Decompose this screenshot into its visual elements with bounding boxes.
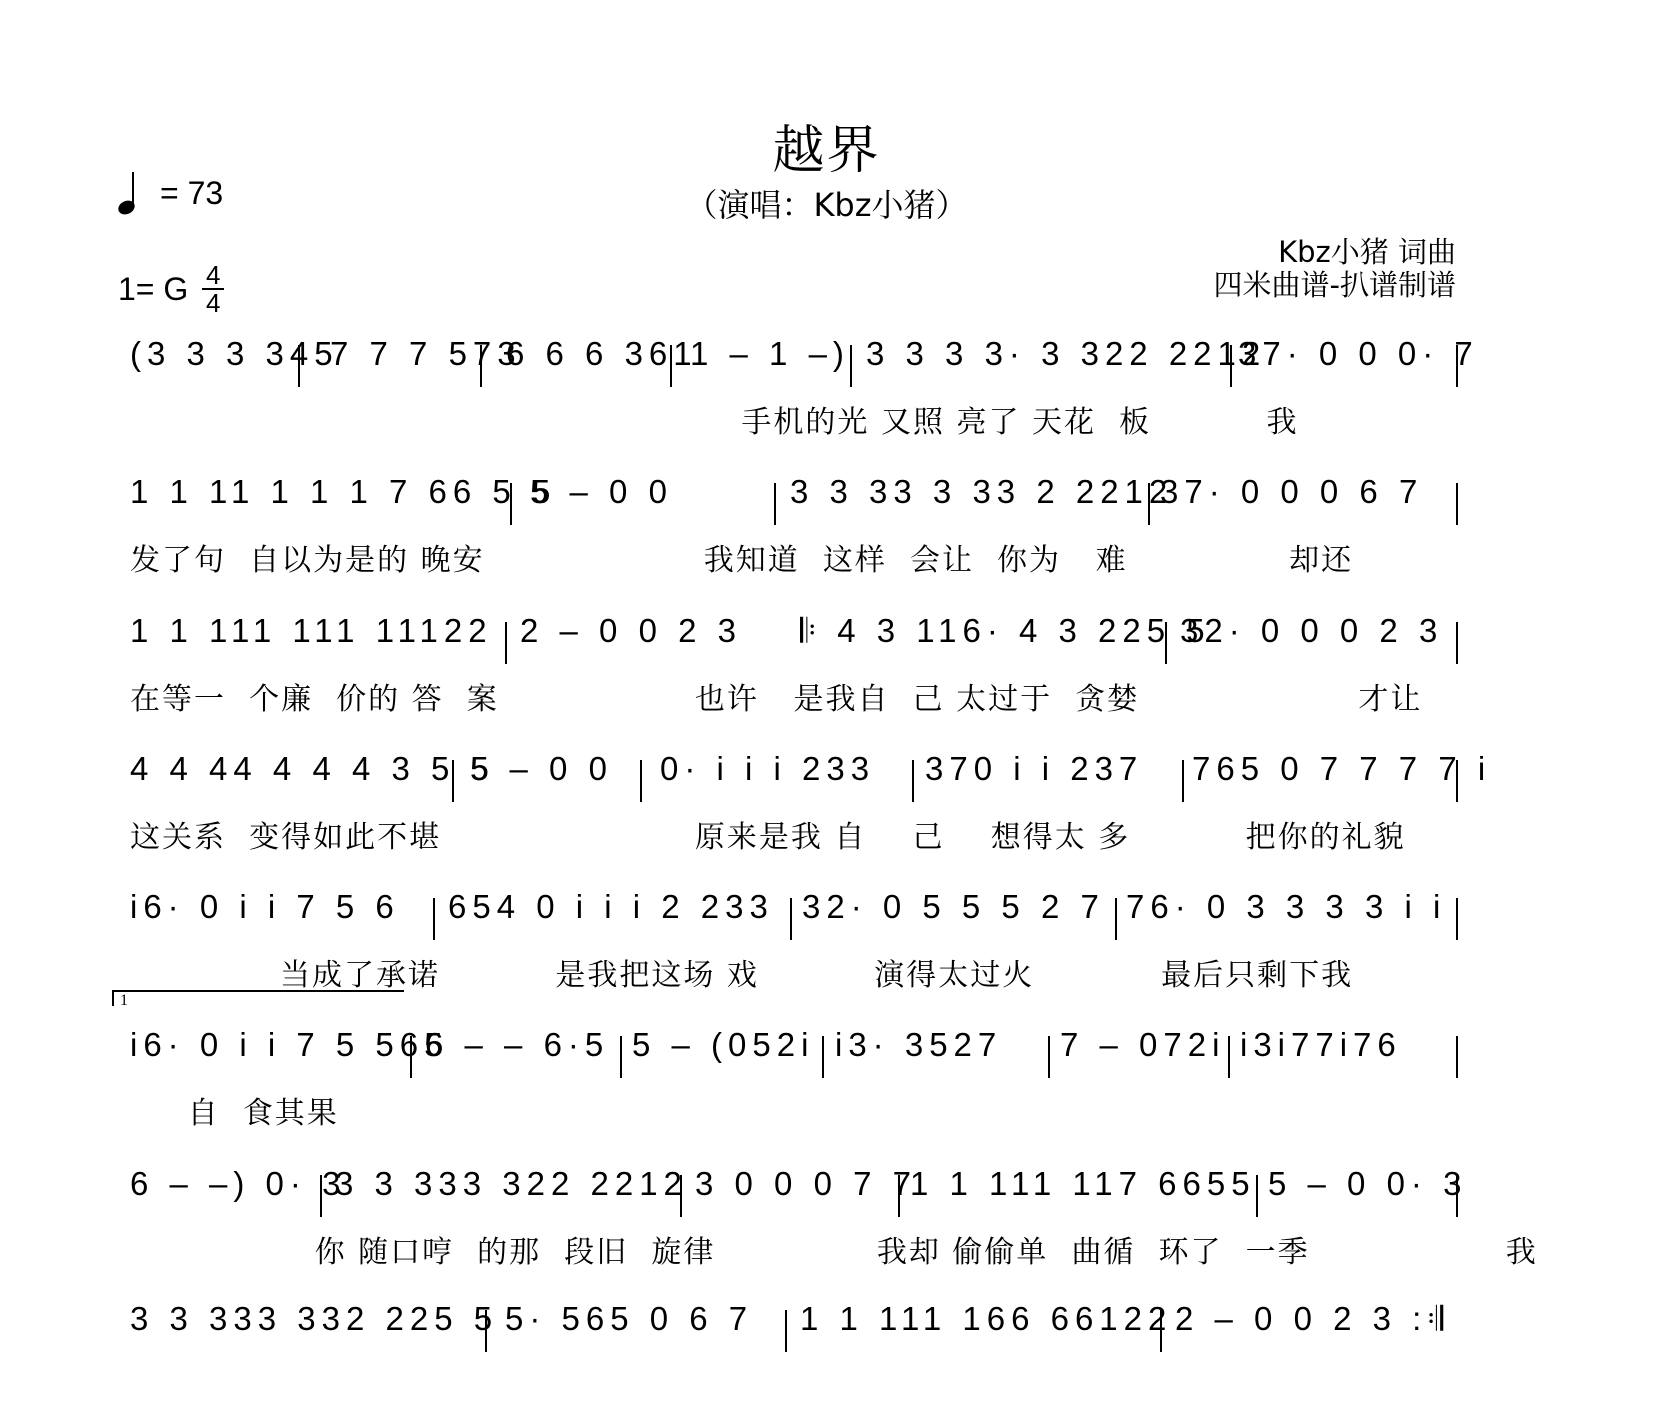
measure-notes: 3 3 333 332 225 5 bbox=[130, 1300, 498, 1338]
barline bbox=[670, 345, 672, 387]
measure-notes: 3 3 333 322 2212 bbox=[335, 1165, 688, 1203]
measure-notes: 76· 0 3 3 3 3 i i bbox=[1126, 888, 1446, 926]
measure-notes: 7 – 072i bbox=[1060, 1026, 1225, 1064]
measure-notes: 37· 0 0 0· 7 bbox=[1238, 335, 1479, 373]
barline bbox=[1456, 622, 1458, 664]
measure-notes: 3 3 33 3 33 2 2212 bbox=[790, 473, 1173, 511]
measure-notes: 2 – 0 0 2 3 bbox=[520, 612, 742, 650]
measure-notes: 5 – 0 0 bbox=[530, 473, 673, 511]
notation-row: (3 3 3 3457 7 7 5736 6 6 3611 – 1 –)3 3 … bbox=[130, 335, 1550, 395]
notation-row: i6· 0 i i 7 5 6654 0 i i i 2 23332· 0 5 … bbox=[130, 888, 1550, 948]
measure-notes: 1 1 111 111 11122 bbox=[130, 612, 493, 650]
measure-notes: 6 6 6 361 bbox=[506, 335, 698, 373]
measure-notes: 2 – 0 0 2 3 :𝄇 bbox=[1175, 1300, 1449, 1339]
measure-notes: 4 4 44 4 4 4 3 5 5 bbox=[130, 750, 495, 788]
lyrics-row: 在等一 个廉 价的 答 案 也许 是我自 己 太过于 贪婪 才让 bbox=[130, 674, 1550, 718]
barline bbox=[898, 1175, 900, 1217]
measure-notes: i6· 0 i i 7 5 565 bbox=[130, 1026, 448, 1064]
barline bbox=[510, 483, 512, 525]
song-subtitle: （演唱：Kbz小猪） bbox=[0, 180, 1653, 226]
measure-notes: 5 – 0 0 bbox=[470, 750, 613, 788]
lyrics-row: 当成了承诺 是我把这场 戏 演得太过火 最后只剩下我 bbox=[130, 950, 1550, 994]
measure-notes: 5 – (052i bbox=[632, 1026, 814, 1064]
barline bbox=[320, 1175, 322, 1217]
tempo-marking: = 73 bbox=[118, 172, 223, 214]
notation-row: 4 4 44 4 4 4 3 5 55 – 0 00· i i i 233370… bbox=[130, 750, 1550, 810]
barline bbox=[790, 898, 792, 940]
barline bbox=[298, 345, 300, 387]
time-sig-bottom: 4 bbox=[206, 290, 220, 316]
barline bbox=[1148, 483, 1150, 525]
barline bbox=[1256, 1175, 1258, 1217]
barline bbox=[1115, 898, 1117, 940]
tempo-value: = 73 bbox=[160, 175, 223, 212]
quarter-note-icon bbox=[118, 172, 142, 214]
lyrics-row: 自 食其果 bbox=[130, 1088, 1550, 1132]
measure-notes: 1 1 111 117 6655 bbox=[910, 1165, 1256, 1203]
barline bbox=[433, 898, 435, 940]
measure-notes: 7 7 7 573 bbox=[330, 335, 522, 373]
barline bbox=[1182, 760, 1184, 802]
barline bbox=[640, 760, 642, 802]
barline bbox=[1456, 1175, 1458, 1217]
lyrics-row: 你 随口哼 的那 段旧 旋律 我却 偷偷单 曲循 环了 一季 我 bbox=[130, 1227, 1550, 1271]
barline bbox=[850, 345, 852, 387]
measure-notes: 1 1 11 1 1 1 7 66 5 5 bbox=[130, 473, 556, 511]
notation-row: 1 1 111 111 111222 – 0 0 2 3𝄆 4 3 116· 4… bbox=[130, 612, 1550, 672]
measure-notes: 5· 565 0 6 7 bbox=[505, 1300, 753, 1338]
transcriber-credit: 四米曲谱-扒谱制谱 bbox=[1214, 269, 1456, 302]
measure-notes: 3 0 0 0 7 7 bbox=[695, 1165, 917, 1203]
barline bbox=[912, 760, 914, 802]
barline bbox=[505, 622, 507, 664]
barline bbox=[1228, 1036, 1230, 1078]
measure-notes: 6 – – 6·5 bbox=[425, 1026, 609, 1064]
barline bbox=[620, 1036, 622, 1078]
measure-notes: i3· 3527 bbox=[835, 1026, 1002, 1064]
measure-notes: 0· i i i 233 bbox=[660, 750, 875, 788]
barline bbox=[1456, 345, 1458, 387]
barline bbox=[680, 1175, 682, 1217]
measure-notes: 765 0 7 7 7 7 i bbox=[1192, 750, 1491, 788]
barline bbox=[1456, 1036, 1458, 1078]
barline bbox=[452, 760, 454, 802]
measure-notes: 1 – 1 –) bbox=[690, 335, 850, 373]
barline bbox=[1456, 483, 1458, 525]
key-label: 1= G bbox=[118, 271, 188, 308]
notation-row: i6· 0 i i 7 5 5656 – – 6·55 – (052ii3· 3… bbox=[130, 1026, 1550, 1086]
lyrics-row: 手机的光 又照 亮了 天花 板 我 bbox=[130, 397, 1550, 441]
notation-row: 3 3 333 332 225 55· 565 0 6 71 1 111 166… bbox=[130, 1300, 1550, 1360]
measure-notes: 5 – 0 0· 3 bbox=[1268, 1165, 1467, 1203]
measure-notes: 32· 0 5 5 5 2 7 bbox=[802, 888, 1105, 926]
measure-notes: 37· 0 0 0 6 7 bbox=[1160, 473, 1423, 511]
key-signature: 1= G 4 4 bbox=[118, 262, 224, 316]
barline bbox=[480, 345, 482, 387]
song-title: 越界 bbox=[0, 108, 1653, 183]
barline bbox=[485, 1310, 487, 1352]
notation-row: 1 1 11 1 1 1 7 66 5 55 – 0 03 3 33 3 33 … bbox=[130, 473, 1550, 533]
measure-notes: i6· 0 i i 7 5 6 bbox=[130, 888, 400, 926]
measure-notes: 𝄆 4 3 116· 4 3 225 5 bbox=[800, 612, 1211, 651]
barline bbox=[1230, 345, 1232, 387]
credits: Kbz小猪 词曲 四米曲谱-扒谱制谱 bbox=[1214, 236, 1456, 302]
barline bbox=[774, 483, 776, 525]
measure-notes: (3 3 3 345 bbox=[130, 335, 339, 373]
time-signature: 4 4 bbox=[202, 262, 224, 316]
notation-row: 6 – –) 0· 33 3 333 322 22123 0 0 0 7 71 … bbox=[130, 1165, 1550, 1225]
volta-number: 1 bbox=[120, 992, 128, 1010]
measure-notes: i3i77i76 bbox=[1240, 1026, 1402, 1064]
measure-notes: 1 1 111 166 66122 bbox=[800, 1300, 1172, 1338]
barline bbox=[1160, 1310, 1162, 1352]
lyrics-row: 发了句 自以为是的 晚安 我知道 这样 会让 你为 难 却还 bbox=[130, 535, 1550, 579]
barline bbox=[1456, 898, 1458, 940]
lyrics-row: 这关系 变得如此不堪 原来是我 自 己 想得太 多 把你的礼貌 bbox=[130, 812, 1550, 856]
barline bbox=[822, 1036, 824, 1078]
barline bbox=[785, 1310, 787, 1352]
time-sig-top: 4 bbox=[206, 262, 220, 288]
composer-credit: Kbz小猪 词曲 bbox=[1214, 236, 1456, 269]
measure-notes: 370 i i 237 bbox=[925, 750, 1143, 788]
measure-notes: 6 – –) 0· 3 bbox=[130, 1165, 346, 1203]
measure-notes: 32· 0 0 0 2 3 bbox=[1180, 612, 1443, 650]
barline bbox=[410, 1036, 412, 1078]
barline bbox=[1048, 1036, 1050, 1078]
measure-notes: 654 0 i i i 2 233 bbox=[448, 888, 774, 926]
barline bbox=[1165, 622, 1167, 664]
measure-notes: 3 3 3 3· 3 322 2212 bbox=[866, 335, 1266, 373]
barline bbox=[1456, 760, 1458, 802]
